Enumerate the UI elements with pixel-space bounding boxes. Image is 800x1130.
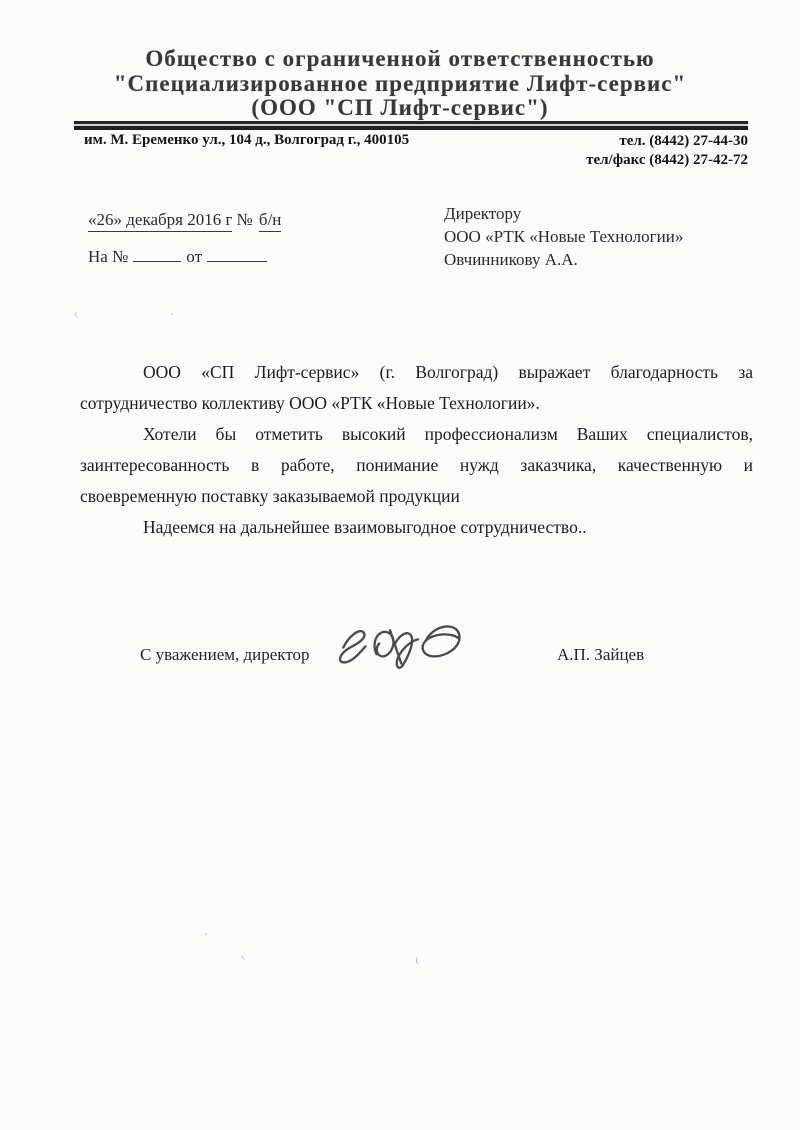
recipient-name: Овчинникову А.А.	[444, 248, 683, 271]
scan-speckle	[242, 955, 246, 960]
company-address: им. М. Еременко ул., 104 д., Волгоград г…	[84, 132, 409, 149]
organization-title: Общество с ограниченной ответственностью…	[0, 47, 800, 121]
letter-date-line: «26» декабря 2016 г№ б/н	[88, 210, 281, 230]
signer-name: А.П. Зайцев	[557, 645, 644, 665]
scan-speckle	[205, 933, 207, 935]
letterhead-divider	[74, 121, 748, 130]
recipient-block: Директору ООО «РТК «Новые Технологии» Ов…	[444, 202, 683, 271]
reference-block: «26» декабря 2016 г№ б/н На №от	[88, 210, 281, 267]
reply-number-blank	[133, 248, 181, 262]
closing-phrase: С уважением, директор	[140, 645, 310, 665]
body-paragraph-1: ООО «СП Лифт-сервис» (г. Волгоград) выра…	[80, 357, 753, 419]
number-sign: №	[236, 210, 252, 229]
scanned-letter-page: Общество с ограниченной ответственностью…	[0, 0, 800, 1130]
scan-speckle	[416, 957, 420, 964]
scan-speckle	[74, 312, 78, 318]
recipient-company: ООО «РТК «Новые Технологии»	[444, 225, 683, 248]
letter-body: ООО «СП Лифт-сервис» (г. Волгоград) выра…	[80, 357, 753, 543]
reply-reference-line: На №от	[88, 247, 281, 267]
org-title-line2: "Специализированное предприятие Лифт-сер…	[0, 72, 800, 97]
org-title-line3: (ООО "СП Лифт-сервис")	[0, 96, 800, 121]
org-title-line1: Общество с ограниченной ответственностью	[0, 47, 800, 72]
handwritten-signature	[330, 604, 494, 686]
fax-line: тел/факс (8442) 27-42-72	[586, 151, 748, 170]
reply-middle: от	[186, 247, 202, 266]
company-phones: тел. (8442) 27-44-30 тел/факс (8442) 27-…	[586, 132, 748, 170]
reply-prefix: На №	[88, 247, 128, 266]
body-paragraph-3: Надеемся на дальнейшее взаимовыгодное со…	[80, 512, 753, 543]
letter-date: «26» декабря 2016 г	[88, 210, 232, 232]
scan-speckle	[171, 313, 173, 315]
reply-date-blank	[207, 248, 267, 262]
phone-line: тел. (8442) 27-44-30	[586, 132, 748, 151]
recipient-position: Директору	[444, 202, 683, 225]
body-paragraph-2: Хотели бы отметить высокий профессионали…	[80, 419, 753, 512]
letter-number: б/н	[259, 210, 281, 232]
